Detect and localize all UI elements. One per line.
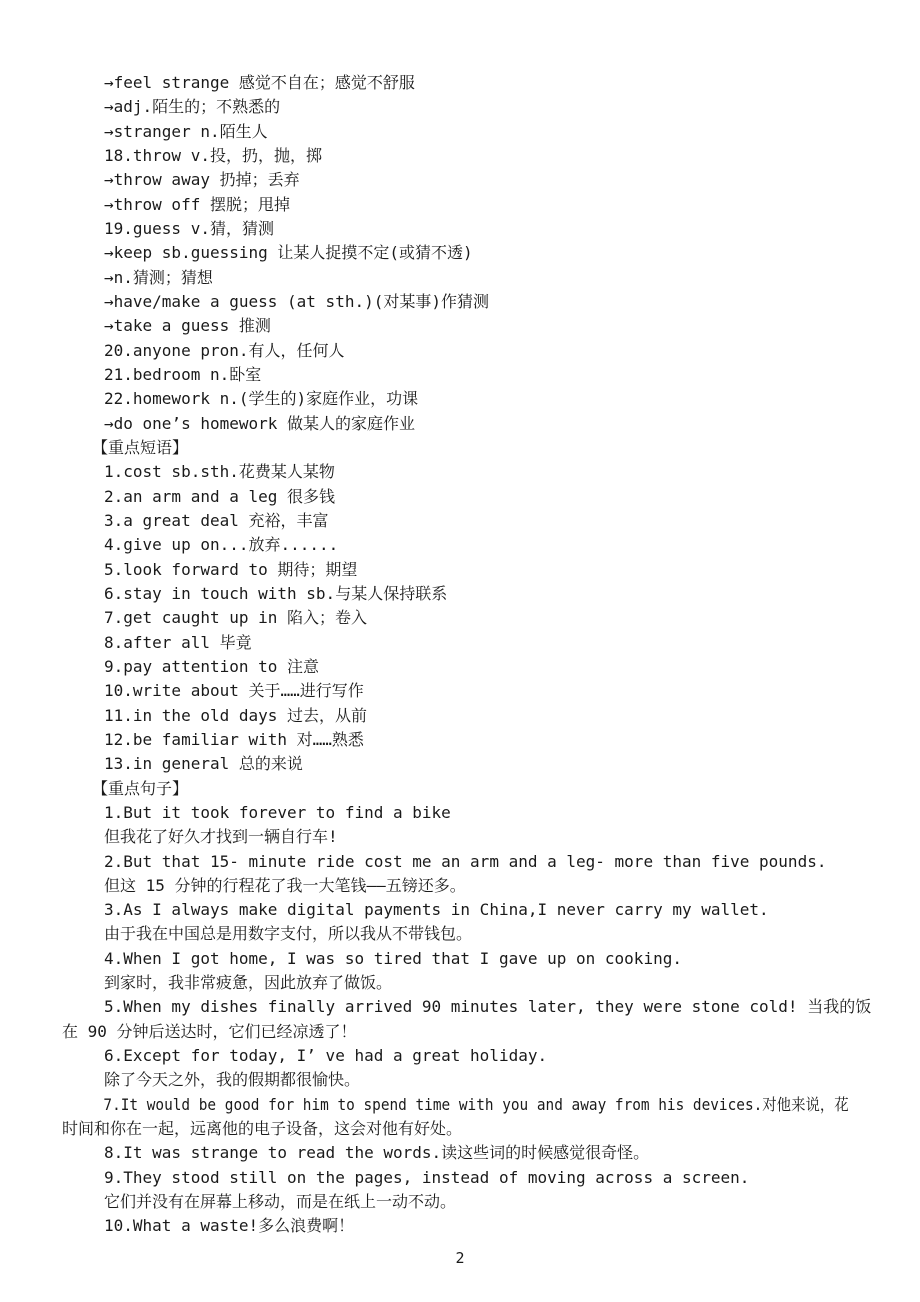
document-content: →feel strange 感觉不自在；感觉不舒服→adj.陌生的；不熟悉的→s… bbox=[0, 0, 920, 1239]
text-line: →adj.陌生的；不熟悉的 bbox=[62, 95, 886, 119]
text-line: →stranger n.陌生人 bbox=[62, 120, 886, 144]
text-line: 2.an arm and a leg 很多钱 bbox=[62, 485, 886, 509]
text-line: 7.get caught up in 陷入；卷入 bbox=[62, 606, 886, 630]
text-line: 9.pay attention to 注意 bbox=[62, 655, 886, 679]
text-line: 5.When my dishes finally arrived 90 minu… bbox=[62, 995, 886, 1019]
text-line: 10.write about 关于……进行写作 bbox=[62, 679, 886, 703]
page-number: 2 bbox=[0, 1248, 920, 1268]
text-line: 19.guess v.猜，猜测 bbox=[62, 217, 886, 241]
text-line: 由于我在中国总是用数字支付，所以我从不带钱包。 bbox=[62, 922, 886, 946]
text-line: 在 90 分钟后送达时，它们已经凉透了！ bbox=[62, 1020, 886, 1044]
text-line: 7.It would be good for him to spend time… bbox=[62, 1093, 804, 1117]
text-line: 3.As I always make digital payments in C… bbox=[62, 898, 886, 922]
text-line: →do one’s homework 做某人的家庭作业 bbox=[62, 412, 886, 436]
text-line: 10.What a waste!多么浪费啊！ bbox=[62, 1214, 886, 1238]
text-line: 但我花了好久才找到一辆自行车! bbox=[62, 825, 886, 849]
text-line: 但这 15 分钟的行程花了我一大笔钱——五镑还多。 bbox=[62, 874, 886, 898]
section-key-sentences: 1.But it took forever to find a bike但我花了… bbox=[62, 801, 886, 1239]
text-line: 2.But that 15- minute ride cost me an ar… bbox=[62, 850, 886, 874]
text-line: →throw away 扔掉；丢弃 bbox=[62, 168, 886, 192]
text-line: 13.in general 总的来说 bbox=[62, 752, 886, 776]
text-line: 21.bedroom n.卧室 bbox=[62, 363, 886, 387]
text-line: 6.Except for today, I’ ve had a great ho… bbox=[62, 1044, 886, 1068]
text-line: 到家时，我非常疲惫，因此放弃了做饭。 bbox=[62, 971, 886, 995]
text-line: 时间和你在一起，远离他的电子设备，这会对他有好处。 bbox=[62, 1117, 886, 1141]
section-vocabulary-words: →feel strange 感觉不自在；感觉不舒服→adj.陌生的；不熟悉的→s… bbox=[62, 71, 886, 436]
text-line: 12.be familiar with 对……熟悉 bbox=[62, 728, 886, 752]
text-line: →take a guess 推测 bbox=[62, 314, 886, 338]
text-line: 20.anyone pron.有人，任何人 bbox=[62, 339, 886, 363]
section-heading-key-phrases: 【重点短语】 bbox=[62, 436, 886, 460]
text-line: 9.They stood still on the pages, instead… bbox=[62, 1166, 886, 1190]
section-key-phrases: 1.cost sb.sth.花费某人某物2.an arm and a leg 很… bbox=[62, 460, 886, 776]
text-line: 4.When I got home, I was so tired that I… bbox=[62, 947, 886, 971]
document-page: →feel strange 感觉不自在；感觉不舒服→adj.陌生的；不熟悉的→s… bbox=[0, 0, 920, 1302]
text-line: 除了今天之外，我的假期都很愉快。 bbox=[62, 1068, 886, 1092]
text-line: 3.a great deal 充裕，丰富 bbox=[62, 509, 886, 533]
text-line: →feel strange 感觉不自在；感觉不舒服 bbox=[62, 71, 886, 95]
text-line: →keep sb.guessing 让某人捉摸不定(或猜不透) bbox=[62, 241, 886, 265]
text-line: →throw off 摆脱；甩掉 bbox=[62, 193, 886, 217]
text-line: 6.stay in touch with sb.与某人保持联系 bbox=[62, 582, 886, 606]
text-line: 1.cost sb.sth.花费某人某物 bbox=[62, 460, 886, 484]
text-line: 22.homework n.(学生的)家庭作业，功课 bbox=[62, 387, 886, 411]
text-line: 它们并没有在屏幕上移动，而是在纸上一动不动。 bbox=[62, 1190, 886, 1214]
text-line: 1.But it took forever to find a bike bbox=[62, 801, 886, 825]
text-line: 4.give up on...放弃...... bbox=[62, 533, 886, 557]
section-heading-key-sentences: 【重点句子】 bbox=[62, 777, 886, 801]
text-line: 18.throw v.投，扔，抛，掷 bbox=[62, 144, 886, 168]
text-line: 8.after all 毕竟 bbox=[62, 631, 886, 655]
text-line: 8.It was strange to read the words.读这些词的… bbox=[62, 1141, 886, 1165]
text-line: →n.猜测；猜想 bbox=[62, 266, 886, 290]
text-line: →have/make a guess (at sth.)(对某事)作猜测 bbox=[62, 290, 886, 314]
text-line: 11.in the old days 过去，从前 bbox=[62, 704, 886, 728]
text-line: 5.look forward to 期待；期望 bbox=[62, 558, 886, 582]
